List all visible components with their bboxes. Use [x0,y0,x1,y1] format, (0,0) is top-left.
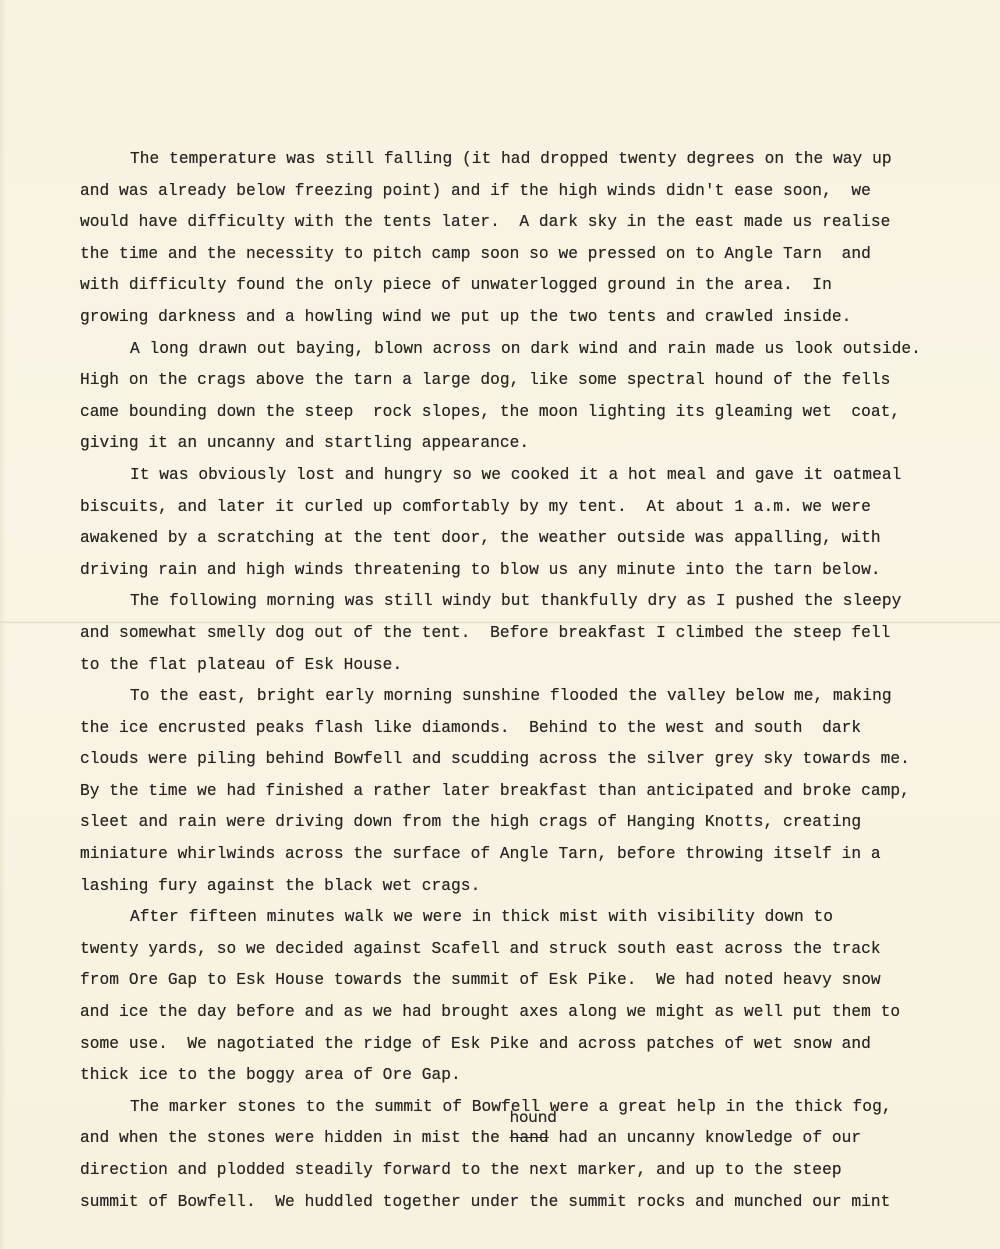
paragraph-6: After fifteen minutes walk we were in th… [80,902,980,1092]
text-line: and ice the day before and as we had bro… [80,997,980,1029]
paragraph-3: It was obviously lost and hungry so we c… [80,460,980,586]
text-line: lashing fury against the black wet crags… [80,871,980,903]
text-line: awakened by a scratching at the tent doo… [80,523,980,555]
text-line: A long drawn out baying, blown across on… [80,334,980,366]
text-line: It was obviously lost and hungry so we c… [80,460,980,492]
text-line: and was already below freezing point) an… [80,176,980,208]
paragraph-4: The following morning was still windy bu… [80,586,980,681]
text-line: miniature whirlwinds across the surface … [80,839,980,871]
correction: handhound [510,1123,549,1155]
text-line: and somewhat smelly dog out of the tent.… [80,618,980,650]
text-line: would have difficulty with the tents lat… [80,207,980,239]
text-fragment: and when the stones were hidden in mist … [80,1129,510,1147]
text-line: summit of Bowfell. We huddled together u… [80,1187,980,1219]
text-line: the time and the necessity to pitch camp… [80,239,980,271]
handwritten-insertion: hound [510,1102,557,1134]
paragraph-1: The temperature was still falling (it ha… [80,144,980,334]
letter-body: The temperature was still falling (it ha… [80,144,980,1218]
text-line: After fifteen minutes walk we were in th… [80,902,980,934]
text-line: To the east, bright early morning sunshi… [80,681,980,713]
text-line-with-correction: and when the stones were hidden in mist … [80,1123,980,1155]
text-line: growing darkness and a howling wind we p… [80,302,980,334]
text-line: The temperature was still falling (it ha… [80,144,980,176]
text-line: from Ore Gap to Esk House towards the su… [80,965,980,997]
text-line: thick ice to the boggy area of Ore Gap. [80,1060,980,1092]
text-line: some use. We nagotiated the ridge of Esk… [80,1029,980,1061]
text-line: clouds were piling behind Bowfell and sc… [80,744,980,776]
text-line: biscuits, and later it curled up comfort… [80,492,980,524]
text-line: driving rain and high winds threatening … [80,555,980,587]
text-line: the ice encrusted peaks flash like diamo… [80,713,980,745]
paragraph-5: To the east, bright early morning sunshi… [80,681,980,902]
text-fragment: had an uncanny knowledge of our [549,1129,861,1147]
text-line: High on the crags above the tarn a large… [80,365,980,397]
text-line: to the flat plateau of Esk House. [80,650,980,682]
text-line: direction and plodded steadily forward t… [80,1155,980,1187]
text-line: sleet and rain were driving down from th… [80,807,980,839]
text-line: giving it an uncanny and startling appea… [80,428,980,460]
paragraph-2: A long drawn out baying, blown across on… [80,334,980,460]
text-line: with difficulty found the only piece of … [80,270,980,302]
text-line: The following morning was still windy bu… [80,586,980,618]
text-line: came bounding down the steep rock slopes… [80,397,980,429]
text-line: twenty yards, so we decided against Scaf… [80,934,980,966]
paragraph-7: The marker stones to the summit of Bowfe… [80,1092,980,1218]
text-line: By the time we had finished a rather lat… [80,776,980,808]
